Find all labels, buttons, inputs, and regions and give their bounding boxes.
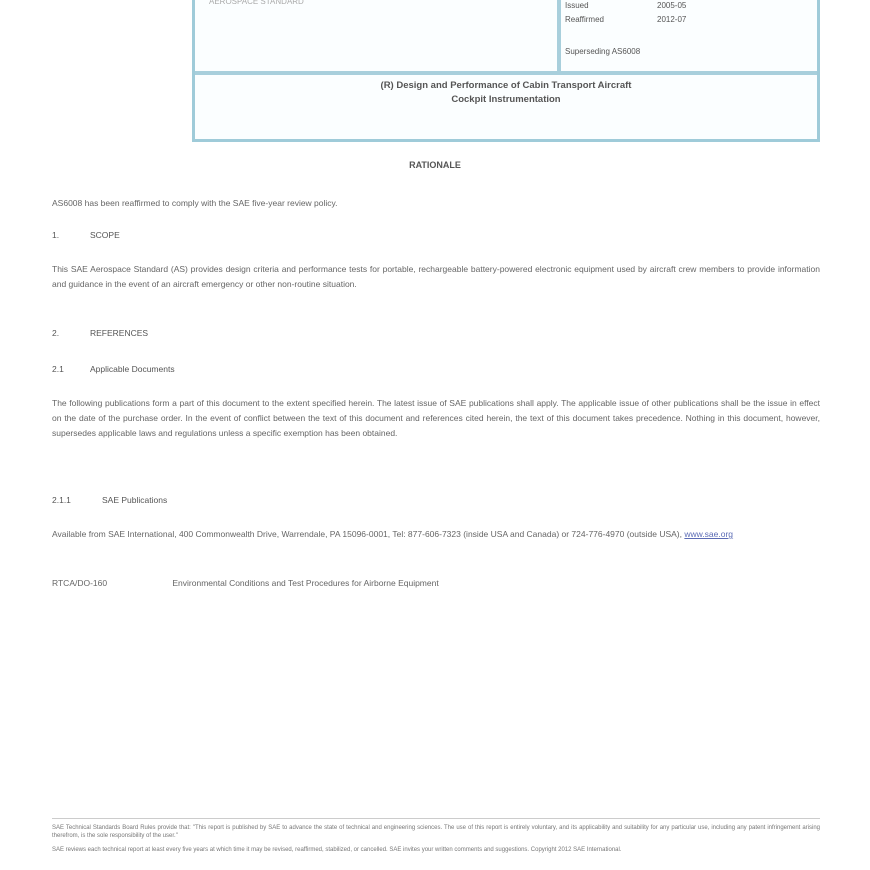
footer-divider	[52, 818, 820, 819]
section-number: 1.	[52, 230, 90, 240]
section-heading-sae-pubs: 2.1.1SAE Publications	[52, 495, 167, 505]
footer-paragraph-1: SAE Technical Standards Board Rules prov…	[52, 824, 820, 840]
meta-value: 2005-05	[657, 1, 686, 15]
meta-row-reaffirmed: Reaffirmed 2012-07	[565, 15, 815, 29]
section-title: REFERENCES	[90, 328, 148, 338]
section-heading-applicable: 2.1Applicable Documents	[52, 364, 175, 374]
footer-paragraph-2: SAE reviews each technical report at lea…	[52, 846, 820, 854]
section-title: SAE Publications	[102, 495, 167, 505]
header-cut-text: AEROSPACE STANDARD	[209, 0, 304, 6]
reference-title: Environmental Conditions and Test Proced…	[172, 578, 438, 588]
applicable-text: The following publications form a part o…	[52, 396, 820, 441]
scope-text: This SAE Aerospace Standard (AS) provide…	[52, 262, 820, 292]
document-header-box: AEROSPACE STANDARD Issued 2005-05 Reaffi…	[192, 0, 820, 142]
section-title: Applicable Documents	[90, 364, 175, 374]
meta-label: Issued	[565, 1, 657, 15]
superseding-note: Superseding AS6008	[565, 47, 815, 56]
title-line-1: (R) Design and Performance of Cabin Tran…	[195, 79, 817, 93]
reference-entry: RTCA/DO-160 Environmental Conditions and…	[52, 578, 439, 588]
sae-website-link[interactable]: www.sae.org	[684, 529, 733, 539]
title-line-2: Cockpit Instrumentation	[195, 93, 817, 107]
sae-publications-body: Available from SAE International, 400 Co…	[52, 529, 682, 539]
section-title: SCOPE	[90, 230, 120, 240]
meta-value: 2012-07	[657, 15, 686, 29]
reference-code: RTCA/DO-160	[52, 578, 170, 588]
header-left-cell: AEROSPACE STANDARD	[195, 0, 561, 71]
rationale-heading: RATIONALE	[0, 160, 870, 170]
footer-notice: SAE Technical Standards Board Rules prov…	[52, 824, 820, 860]
section-number: 2.1.1	[52, 495, 102, 505]
header-meta: Issued 2005-05 Reaffirmed 2012-07 Supers…	[565, 1, 815, 56]
section-heading-scope: 1.SCOPE	[52, 230, 120, 240]
rationale-text: AS6008 has been reaffirmed to comply wit…	[52, 196, 820, 211]
document-title: (R) Design and Performance of Cabin Tran…	[195, 79, 817, 107]
section-heading-references: 2.REFERENCES	[52, 328, 148, 338]
meta-label: Reaffirmed	[565, 15, 657, 29]
meta-row-issued: Issued 2005-05	[565, 1, 815, 15]
section-number: 2.	[52, 328, 90, 338]
section-number: 2.1	[52, 364, 90, 374]
sae-publications-text: Available from SAE International, 400 Co…	[52, 527, 820, 542]
header-top-row: AEROSPACE STANDARD Issued 2005-05 Reaffi…	[195, 0, 817, 75]
